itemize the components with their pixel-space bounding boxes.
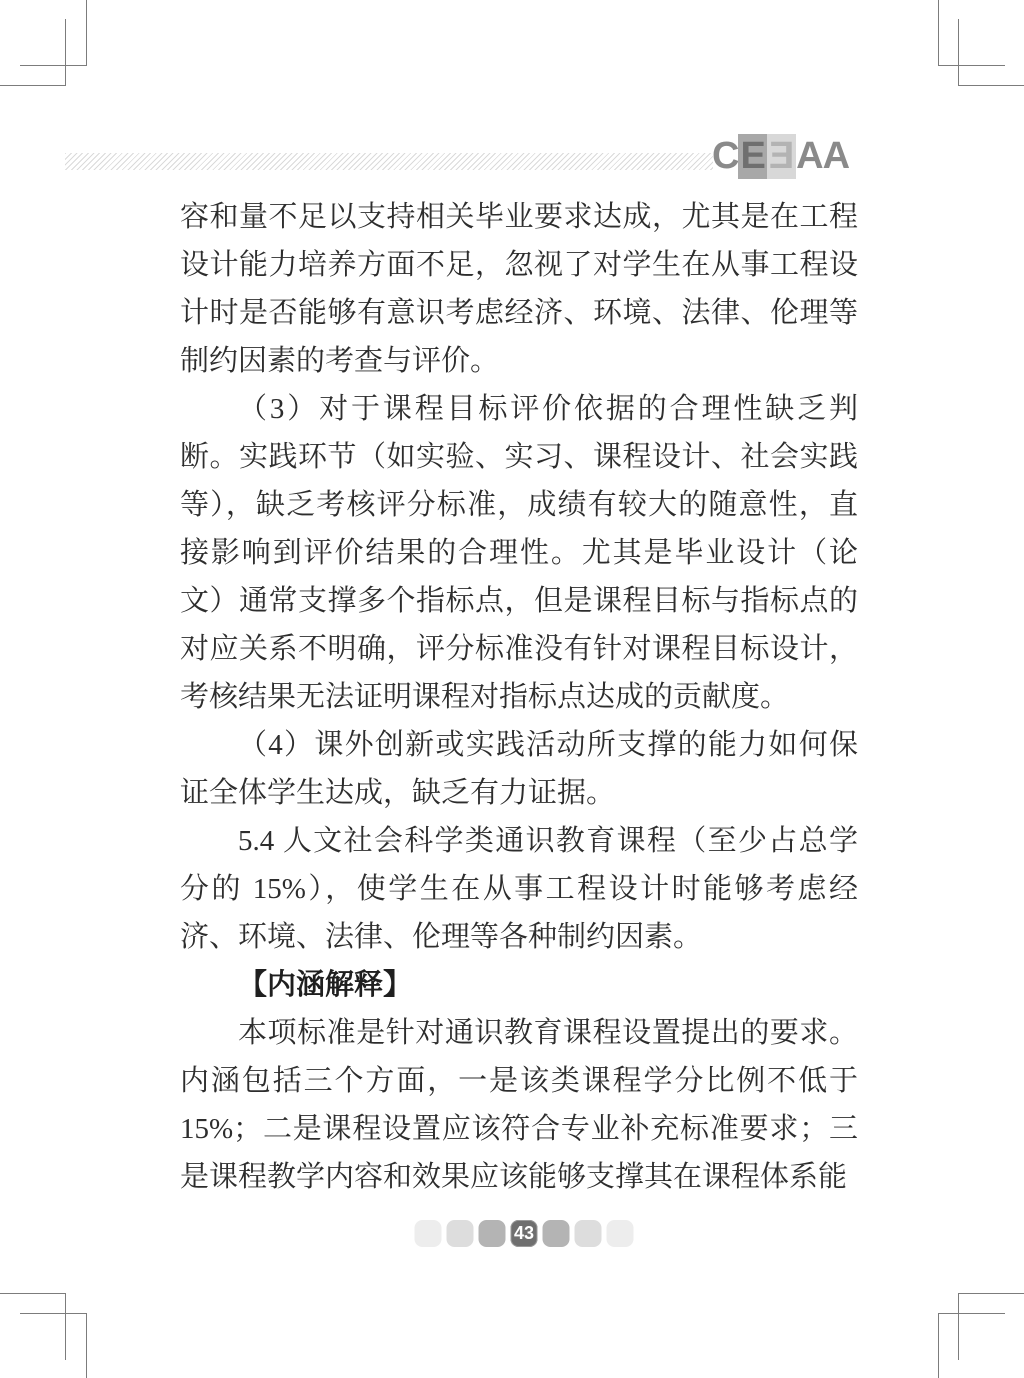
logo-letter-e-reversed: Ǝ	[767, 134, 796, 179]
logo-letter-c: C	[712, 137, 738, 175]
text-paragraph: （4）课外创新或实践活动所支撑的能力如何保证全体学生达成，缺乏有力证据。	[180, 721, 858, 817]
text-paragraph: 容和量不足以支持相关毕业要求达成，尤其是在工程设计能力培养方面不足，忽视了对学生…	[180, 193, 858, 385]
pagination-square	[479, 1220, 506, 1247]
logo-letter-e: E	[738, 134, 766, 179]
pagination-square	[415, 1220, 442, 1247]
page-footer-pagination: 43	[415, 1220, 634, 1247]
crop-mark-top-right-inner	[958, 19, 1024, 86]
pagination-square	[575, 1220, 602, 1247]
crop-mark-bottom-right-inner	[958, 1293, 1024, 1360]
text-paragraph: （3）对于课程目标评价依据的合理性缺乏判断。实践环节（如实验、实习、课程设计、社…	[180, 385, 858, 721]
page-body-text: 容和量不足以支持相关毕业要求达成，尤其是在工程设计能力培养方面不足，忽视了对学生…	[180, 193, 858, 1201]
text-paragraph: 本项标准是针对通识教育课程设置提出的要求。内涵包括三个方面，一是该类课程学分比例…	[180, 1009, 858, 1201]
crop-mark-bottom-left-inner	[0, 1293, 66, 1360]
pagination-square	[447, 1220, 474, 1247]
header-hatch-rule	[65, 153, 713, 170]
ceeaa-logo: C E Ǝ AA	[712, 136, 849, 176]
inline-section-heading: 【内涵解释】	[180, 961, 858, 1009]
text-paragraph: 5.4 人文社会科学类通识教育课程（至少占总学分的 15%），使学生在从事工程设…	[180, 817, 858, 961]
document-page: C E Ǝ AA 容和量不足以支持相关毕业要求达成，尤其是在工程设计能力培养方面…	[0, 0, 1024, 1378]
crop-mark-top-left-inner	[0, 19, 66, 86]
page-number-badge: 43	[511, 1220, 538, 1247]
pagination-square	[543, 1220, 570, 1247]
pagination-square	[607, 1220, 634, 1247]
logo-letters-aa: AA	[796, 137, 849, 175]
